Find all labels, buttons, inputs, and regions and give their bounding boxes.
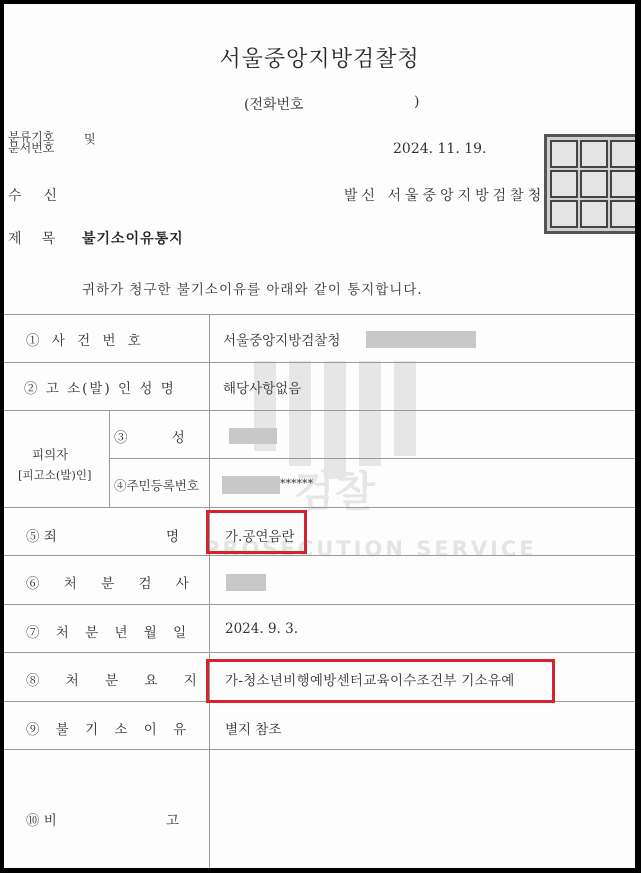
disposition-date-value: 2024. 9. 3.	[225, 621, 298, 637]
subject-value: 불기소이유통지	[82, 228, 184, 248]
notice-sentence: 귀하가 청구한 불기소이유를 아래와 같이 통지합니다.	[82, 278, 423, 298]
prosecutor-redaction	[226, 574, 266, 591]
charge-label-end: 명	[166, 525, 179, 545]
recipient-label: 수신	[8, 185, 79, 205]
case-number-value: 서울중앙지방검찰청	[223, 329, 340, 349]
case-number-label: ① 사 건 번 호	[26, 329, 145, 349]
suspect-id-suffix: ******	[280, 477, 313, 490]
complainant-value: 해당사항없음	[223, 377, 301, 397]
charge-highlight-box	[206, 510, 307, 554]
document-date: 2024. 11. 19.	[393, 141, 487, 157]
document-page: 서울중앙지방검찰청 (전화번호 ) 분류기호 문서번호 및 2024. 11. …	[4, 4, 635, 868]
reason-value: 별지 참조	[225, 718, 281, 738]
phone-label: (전화번호	[244, 97, 304, 113]
sender-line: 발신 서울중앙지방검찰청	[344, 185, 545, 205]
phone-number-line: (전화번호 )	[244, 94, 304, 114]
reason-label: ⑨ 불 기 소 이 유	[26, 718, 192, 738]
suspect-id-label: ④주민등록번호	[114, 476, 199, 494]
suspect-id-redaction	[222, 476, 280, 494]
disposition-summary-label: ⑧ 처 분 요 지	[26, 669, 208, 689]
official-seal-icon	[544, 134, 635, 234]
case-number-redaction	[366, 331, 476, 348]
agency-title: 서울중앙지방검찰청	[4, 42, 635, 73]
disposition-highlight-box	[206, 659, 555, 703]
phone-close-paren: )	[414, 94, 419, 110]
classification-label: 분류기호 문서번호 및	[8, 132, 54, 154]
charge-label-start: ⑤ 죄	[26, 525, 57, 545]
classification-and: 및	[84, 134, 96, 145]
suspect-name-redaction	[229, 428, 277, 444]
suspect-group-label: 피의자	[32, 445, 68, 463]
complainant-label: ② 고 소(발) 인 성 명	[24, 377, 176, 397]
classification-line2: 문서번호	[8, 143, 54, 154]
prosecutor-label: ⑥ 처 분 검 사	[26, 572, 199, 592]
remarks-label-start: ⑩ 비	[26, 809, 57, 829]
suspect-group-sublabel: [피고소(발)인]	[18, 467, 92, 483]
subject-label: 제목	[8, 228, 75, 248]
remarks-label-end: 고	[166, 809, 179, 829]
disposition-date-label: ⑦ 처 분 년 월 일	[26, 621, 192, 641]
